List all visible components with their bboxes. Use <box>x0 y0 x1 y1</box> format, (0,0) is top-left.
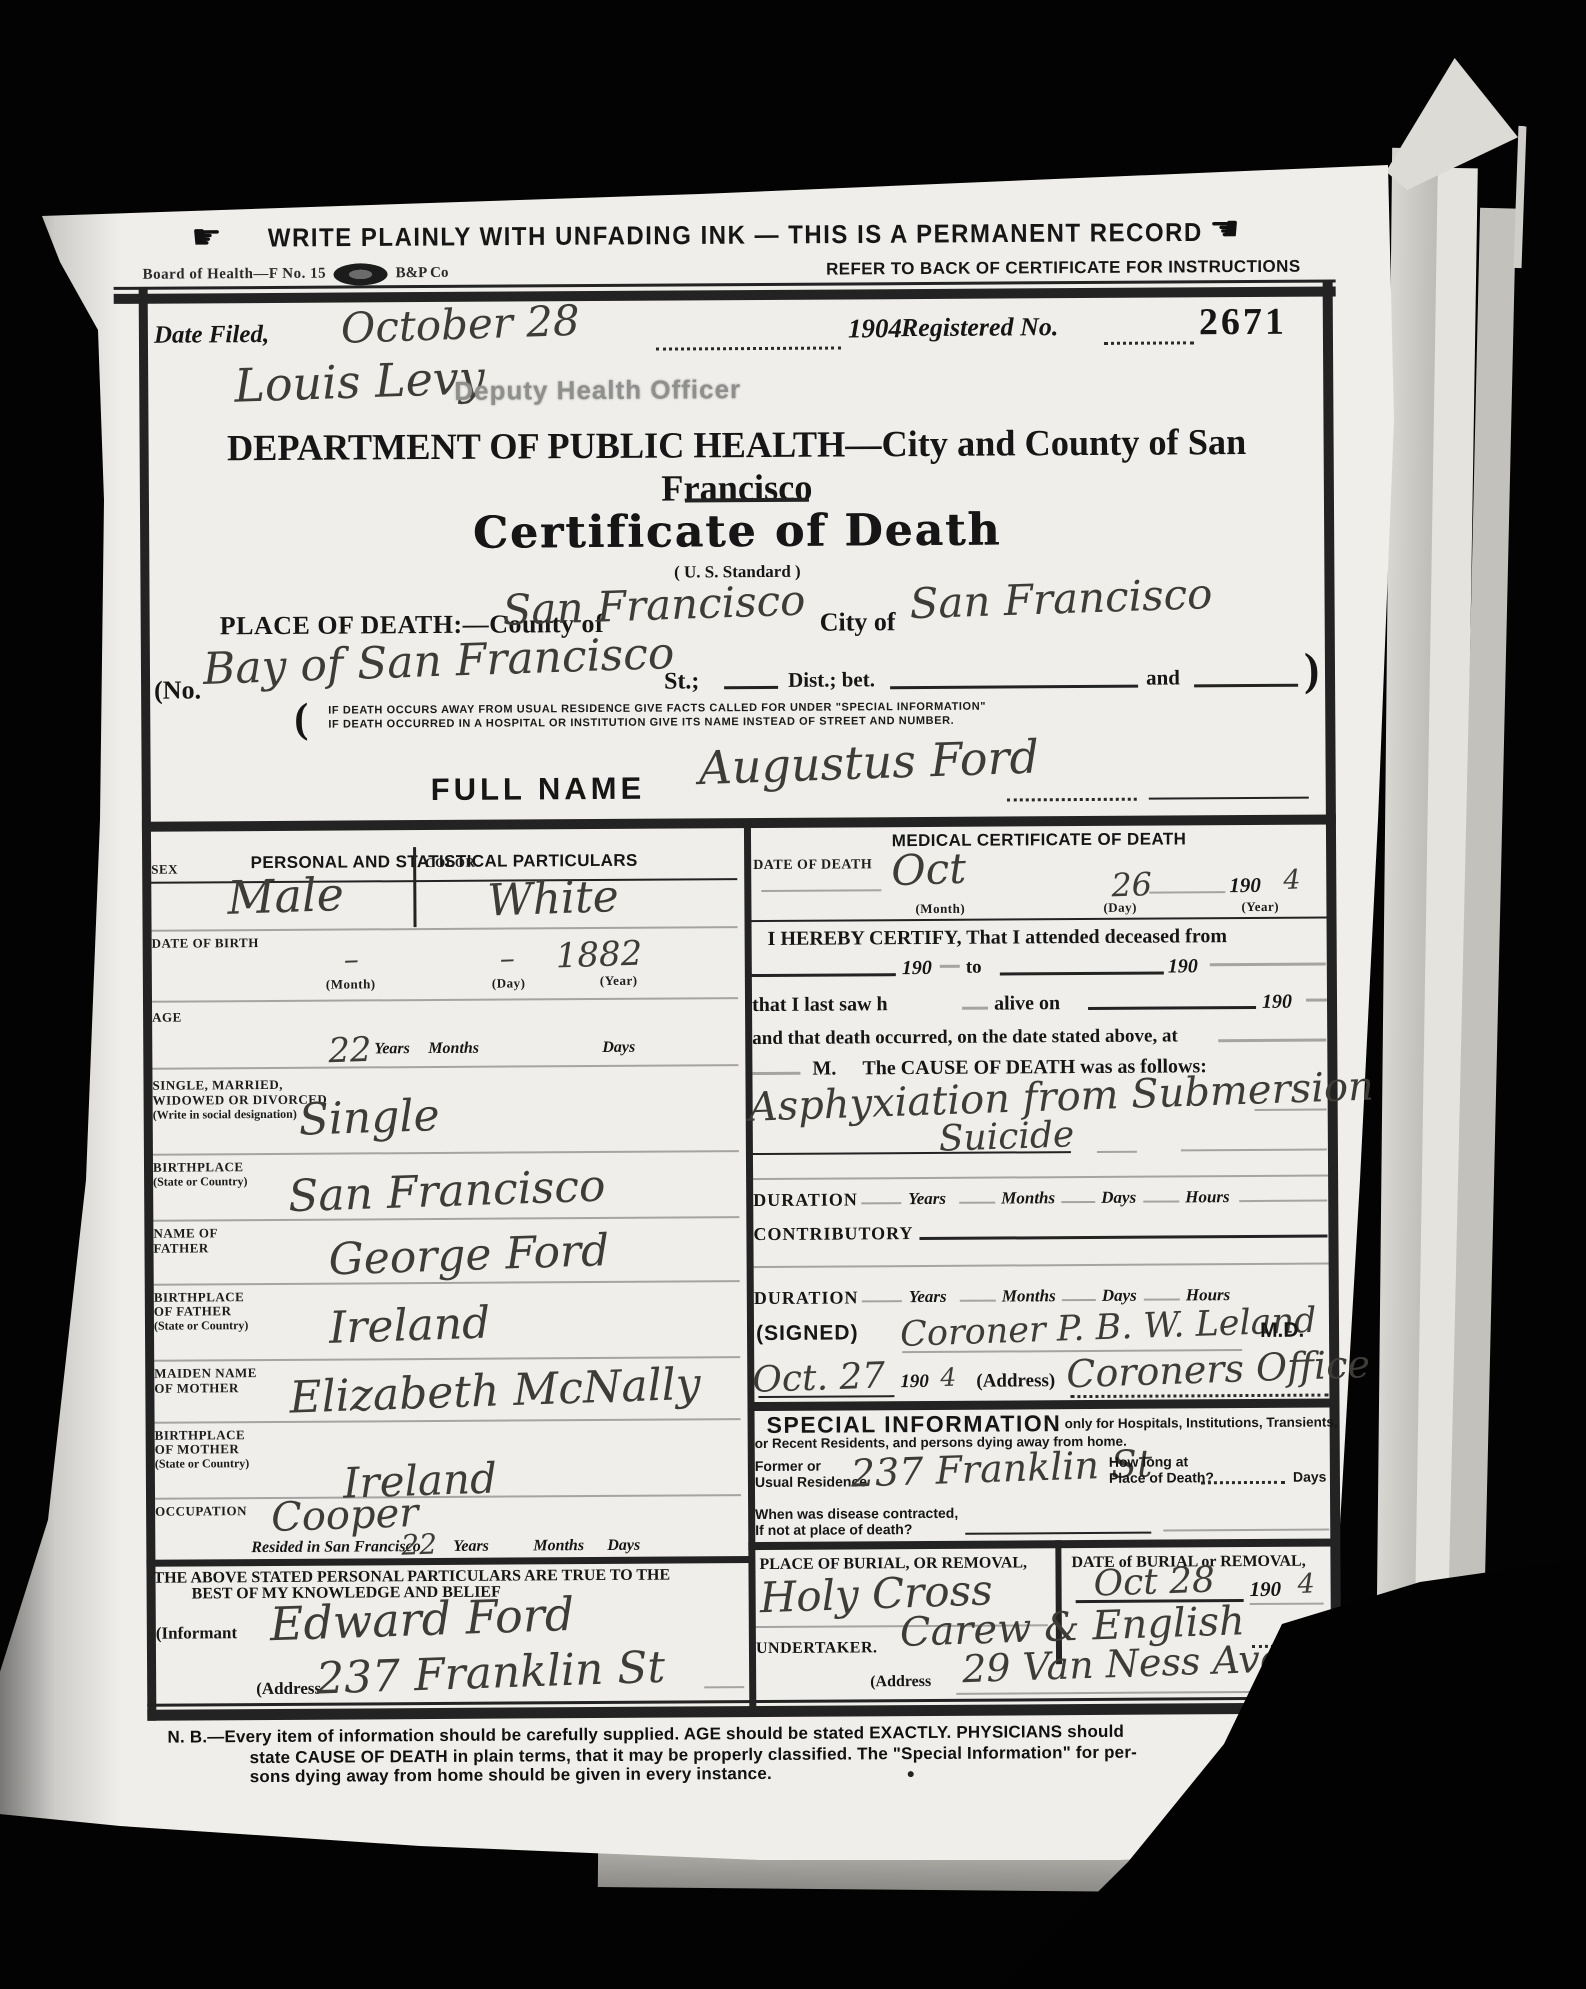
age-value: 22 <box>328 1030 373 1071</box>
resided-months-label: Months <box>533 1537 584 1555</box>
year-190-b: 190 <box>1168 955 1198 978</box>
contributory-label: CONTRIBUTORY <box>753 1223 913 1245</box>
place-county-value: San Francisco <box>502 576 806 635</box>
no-label: (No. <box>154 675 201 705</box>
rule <box>1149 797 1309 800</box>
duration-hours: Hours <box>1185 1187 1230 1207</box>
rule <box>962 1007 988 1010</box>
rule <box>704 1686 744 1688</box>
small-rule <box>685 498 809 503</box>
rule <box>1062 1299 1096 1301</box>
board-of-health-line: Board of Health—F No. 15 <box>143 266 327 284</box>
dob-day-dash: – <box>499 941 515 976</box>
resided-days-label: Days <box>607 1537 640 1555</box>
disease-contracted-label2: If not at place of death? <box>755 1521 912 1538</box>
field-separator <box>152 1280 740 1286</box>
deputy-health-officer-stamp: Deputy Health Officer <box>454 374 741 407</box>
how-long-label1: How long at <box>1109 1453 1188 1469</box>
place-city-value: San Francisco <box>909 569 1213 628</box>
father-value: George Ford <box>328 1225 610 1286</box>
st-label: St.; <box>664 668 700 695</box>
registered-no-label: Registered No. <box>901 312 1059 343</box>
rule <box>1218 1039 1326 1043</box>
dotted-line <box>1104 341 1194 345</box>
burial-year-printed: 190 <box>1250 1577 1282 1602</box>
undertaker-address-value: 29 Van Ness Ave <box>961 1636 1283 1691</box>
medical-header: MEDICAL CERTIFICATE OF DEATH <box>751 829 1327 853</box>
age-label: AGE <box>152 1010 182 1026</box>
informant-address-value: 237 Franklin St <box>315 1642 666 1705</box>
month-label: (Month) <box>915 901 965 917</box>
field-separator <box>150 1064 738 1070</box>
duration2-years: Years <box>909 1287 947 1307</box>
rule <box>1210 963 1326 967</box>
occupation-label: OCCUPATION <box>155 1503 247 1520</box>
rule <box>750 1263 1330 1269</box>
board-co-text: B&P Co <box>396 265 449 282</box>
m-label: M. <box>812 1058 836 1081</box>
date-filed-value: October 28 <box>340 296 580 353</box>
year-label: (Year) <box>600 973 638 989</box>
day-label: (Day) <box>1103 900 1137 916</box>
rule <box>752 1072 800 1075</box>
signed-address-label: (Address) <box>976 1370 1055 1392</box>
rule <box>1181 1149 1327 1152</box>
year-190-c: 190 <box>1262 991 1292 1014</box>
burial-date-value: Oct 28 <box>1093 1560 1216 1605</box>
rule <box>1061 1201 1095 1203</box>
rule <box>1143 1200 1179 1202</box>
date-of-death-year-hand: 4 <box>1283 864 1301 896</box>
rule <box>146 1556 752 1567</box>
certificate-border-right <box>1323 280 1342 1713</box>
dist-bet-label: Dist.; bet. <box>788 667 875 693</box>
how-long-label2: Place of Death? <box>1109 1469 1214 1486</box>
field-separator <box>151 1150 739 1156</box>
to-label: to <box>966 957 982 979</box>
date-filed-year: 1904 <box>848 313 902 344</box>
occupation-value: Cooper <box>270 1490 419 1541</box>
rule <box>752 1399 1330 1412</box>
city-of-label: City of <box>820 607 896 637</box>
rule <box>1239 1200 1327 1203</box>
dotted-line <box>1070 1394 1328 1399</box>
signed-year-hand: 4 <box>940 1363 957 1393</box>
special-information-sub: only for Hospitals, Institutions, Transi… <box>1065 1414 1338 1431</box>
former-residence-value: 237 Franklin St <box>850 1441 1153 1495</box>
disease-contracted-label1: When was disease contracted, <box>755 1505 958 1522</box>
rule <box>724 686 778 689</box>
resided-label: Resided in San Francisco <box>251 1538 420 1557</box>
day-label: (Day) <box>492 975 526 991</box>
informant-label: (Informant <box>156 1623 237 1643</box>
rule <box>114 286 1336 303</box>
close-paren: ) <box>1304 643 1320 696</box>
date-of-death-day: 26 <box>1111 865 1153 904</box>
rule <box>1149 891 1225 893</box>
sex-label: SEX <box>151 862 178 878</box>
scanned-document-photo: ☛ WRITE PLAINLY WITH UNFADING INK — THIS… <box>0 0 1586 1989</box>
death-occurred-line: and that death occurred, on the date sta… <box>752 1025 1178 1050</box>
informant-address-label: (Address <box>256 1679 321 1699</box>
rule <box>890 685 1138 690</box>
mother-value: Elizabeth McNally <box>289 1359 702 1424</box>
age-months-label: Months <box>428 1040 479 1058</box>
year-label: (Year) <box>1241 899 1279 915</box>
rule <box>758 1395 894 1398</box>
rule <box>940 965 960 968</box>
mother-label-1: MAIDEN NAME <box>154 1365 257 1382</box>
registered-no-value: 2671 <box>1199 300 1287 345</box>
father-label-2: FATHER <box>153 1240 208 1256</box>
date-of-death-month: Oct <box>890 844 966 896</box>
full-name-label: FULL NAME <box>431 771 646 808</box>
rule <box>749 1175 1329 1181</box>
birthplace-sub: (State or Country) <box>153 1174 248 1190</box>
marital-label-3: (Write in social designation) <box>153 1107 297 1123</box>
duration2-label: DURATION <box>754 1287 859 1309</box>
rule <box>1144 1298 1180 1300</box>
date-of-death-year-printed: 190 <box>1229 873 1261 898</box>
rule <box>959 1202 995 1204</box>
rule <box>1306 999 1328 1002</box>
field-separator <box>150 926 738 932</box>
nb-note-line3: sons dying away from home should be give… <box>250 1764 772 1787</box>
rule <box>1194 684 1298 688</box>
mother-label-2: OF MOTHER <box>154 1380 239 1397</box>
undertaker-address-label: (Address <box>870 1673 931 1691</box>
former-residence-label1: Former or <box>755 1458 821 1474</box>
duration-years: Years <box>908 1189 946 1209</box>
field-separator <box>151 1216 739 1222</box>
dob-label: DATE OF BIRTH <box>152 935 259 952</box>
informant-value: Edward Ford <box>269 1587 575 1651</box>
dob-year-value: 1882 <box>555 934 643 977</box>
rule <box>861 1202 901 1204</box>
father-birthplace-label-3: (State or Country) <box>154 1318 249 1334</box>
dotted-line <box>1201 1481 1285 1485</box>
birthplace-label: BIRTHPLACE <box>153 1159 244 1176</box>
duration-months: Months <box>1001 1188 1055 1208</box>
refer-line: REFER TO BACK OF CERTIFICATE FOR INSTRUC… <box>635 257 1300 281</box>
open-brace: ( <box>294 695 308 743</box>
banner-text: WRITE PLAINLY WITH UNFADING INK — THIS I… <box>165 218 1305 255</box>
signed-label: (SIGNED) <box>756 1321 859 1346</box>
field-separator <box>150 997 738 1003</box>
father-birthplace-value: Ireland <box>328 1297 491 1353</box>
rule <box>1097 1151 1137 1153</box>
resided-years-label: Years <box>453 1538 489 1556</box>
certify-line: I HEREBY CERTIFY, That I attended deceas… <box>768 925 1227 951</box>
duration2-hours: Hours <box>1186 1285 1231 1305</box>
sex-color-divider <box>413 847 416 927</box>
rule <box>750 973 896 977</box>
marital-value: Single <box>298 1090 440 1146</box>
and-label: and <box>1146 665 1180 690</box>
duration2-months: Months <box>1002 1286 1056 1306</box>
burial-year-hand: 4 <box>1297 1568 1315 1600</box>
rule <box>1088 1006 1256 1010</box>
dotted-line <box>1007 798 1137 802</box>
rule <box>965 1532 1151 1535</box>
mother-birthplace-label-3: (State or Country) <box>155 1456 250 1472</box>
year-190-a: 190 <box>902 957 932 980</box>
alive-on-label: alive on <box>994 992 1060 1015</box>
dob-month-dash: – <box>343 942 359 977</box>
signed-address-value: Coroners Office <box>1066 1342 1371 1396</box>
printer-stamp-icon <box>333 263 387 285</box>
certificate-title: Certificate of Death <box>137 502 1337 560</box>
age-years-label: Years <box>374 1040 410 1058</box>
resided-years-value: 22 <box>401 1527 438 1561</box>
father-label-1: NAME OF <box>153 1225 218 1241</box>
field-separator <box>153 1418 741 1424</box>
birthplace-value: San Francisco <box>287 1161 606 1223</box>
rule <box>960 1300 996 1302</box>
signed-date: Oct. 27 <box>752 1355 886 1400</box>
mother-birthplace-label-2: OF MOTHER <box>155 1441 240 1458</box>
duration-label: DURATION <box>753 1189 858 1211</box>
rule <box>748 1538 1340 1550</box>
how-long-days-label: Days <box>1293 1469 1327 1485</box>
dotted-line <box>656 346 841 350</box>
father-birthplace-label-2: OF FATHER <box>154 1303 232 1319</box>
md-label: M.D. <box>1260 1319 1304 1343</box>
undertaker-label: UNDERTAKER. <box>756 1639 878 1658</box>
month-label: (Month) <box>326 976 376 992</box>
full-name-value: Augustus Ford <box>698 730 1040 796</box>
duration-days: Days <box>1101 1188 1136 1208</box>
color-label: COLOR <box>425 855 475 871</box>
rule <box>748 917 1328 923</box>
rule <box>919 1235 1327 1240</box>
residence-note-line2: IF DEATH OCCURRED IN A HOSPITAL OR INSTI… <box>328 715 954 731</box>
manicule-left-icon: ☚ <box>1209 209 1240 249</box>
rule <box>761 889 881 892</box>
rule <box>1163 1529 1329 1532</box>
date-of-death-label: DATE OF DEATH <box>753 857 872 874</box>
rule <box>1250 1603 1324 1605</box>
health-officer-signature: Louis Levy <box>233 350 485 412</box>
stray-dot <box>908 1771 914 1777</box>
last-saw-line: that I last saw h <box>752 993 888 1017</box>
age-days-label: Days <box>602 1039 635 1057</box>
sex-value: Male <box>226 867 344 925</box>
signed-year-printed: 190 <box>900 1371 929 1393</box>
color-value: White <box>487 871 620 926</box>
date-filed-label: Date Filed, <box>154 321 269 350</box>
rule <box>862 1300 902 1302</box>
rule <box>1000 972 1164 976</box>
duration2-days: Days <box>1102 1286 1137 1306</box>
